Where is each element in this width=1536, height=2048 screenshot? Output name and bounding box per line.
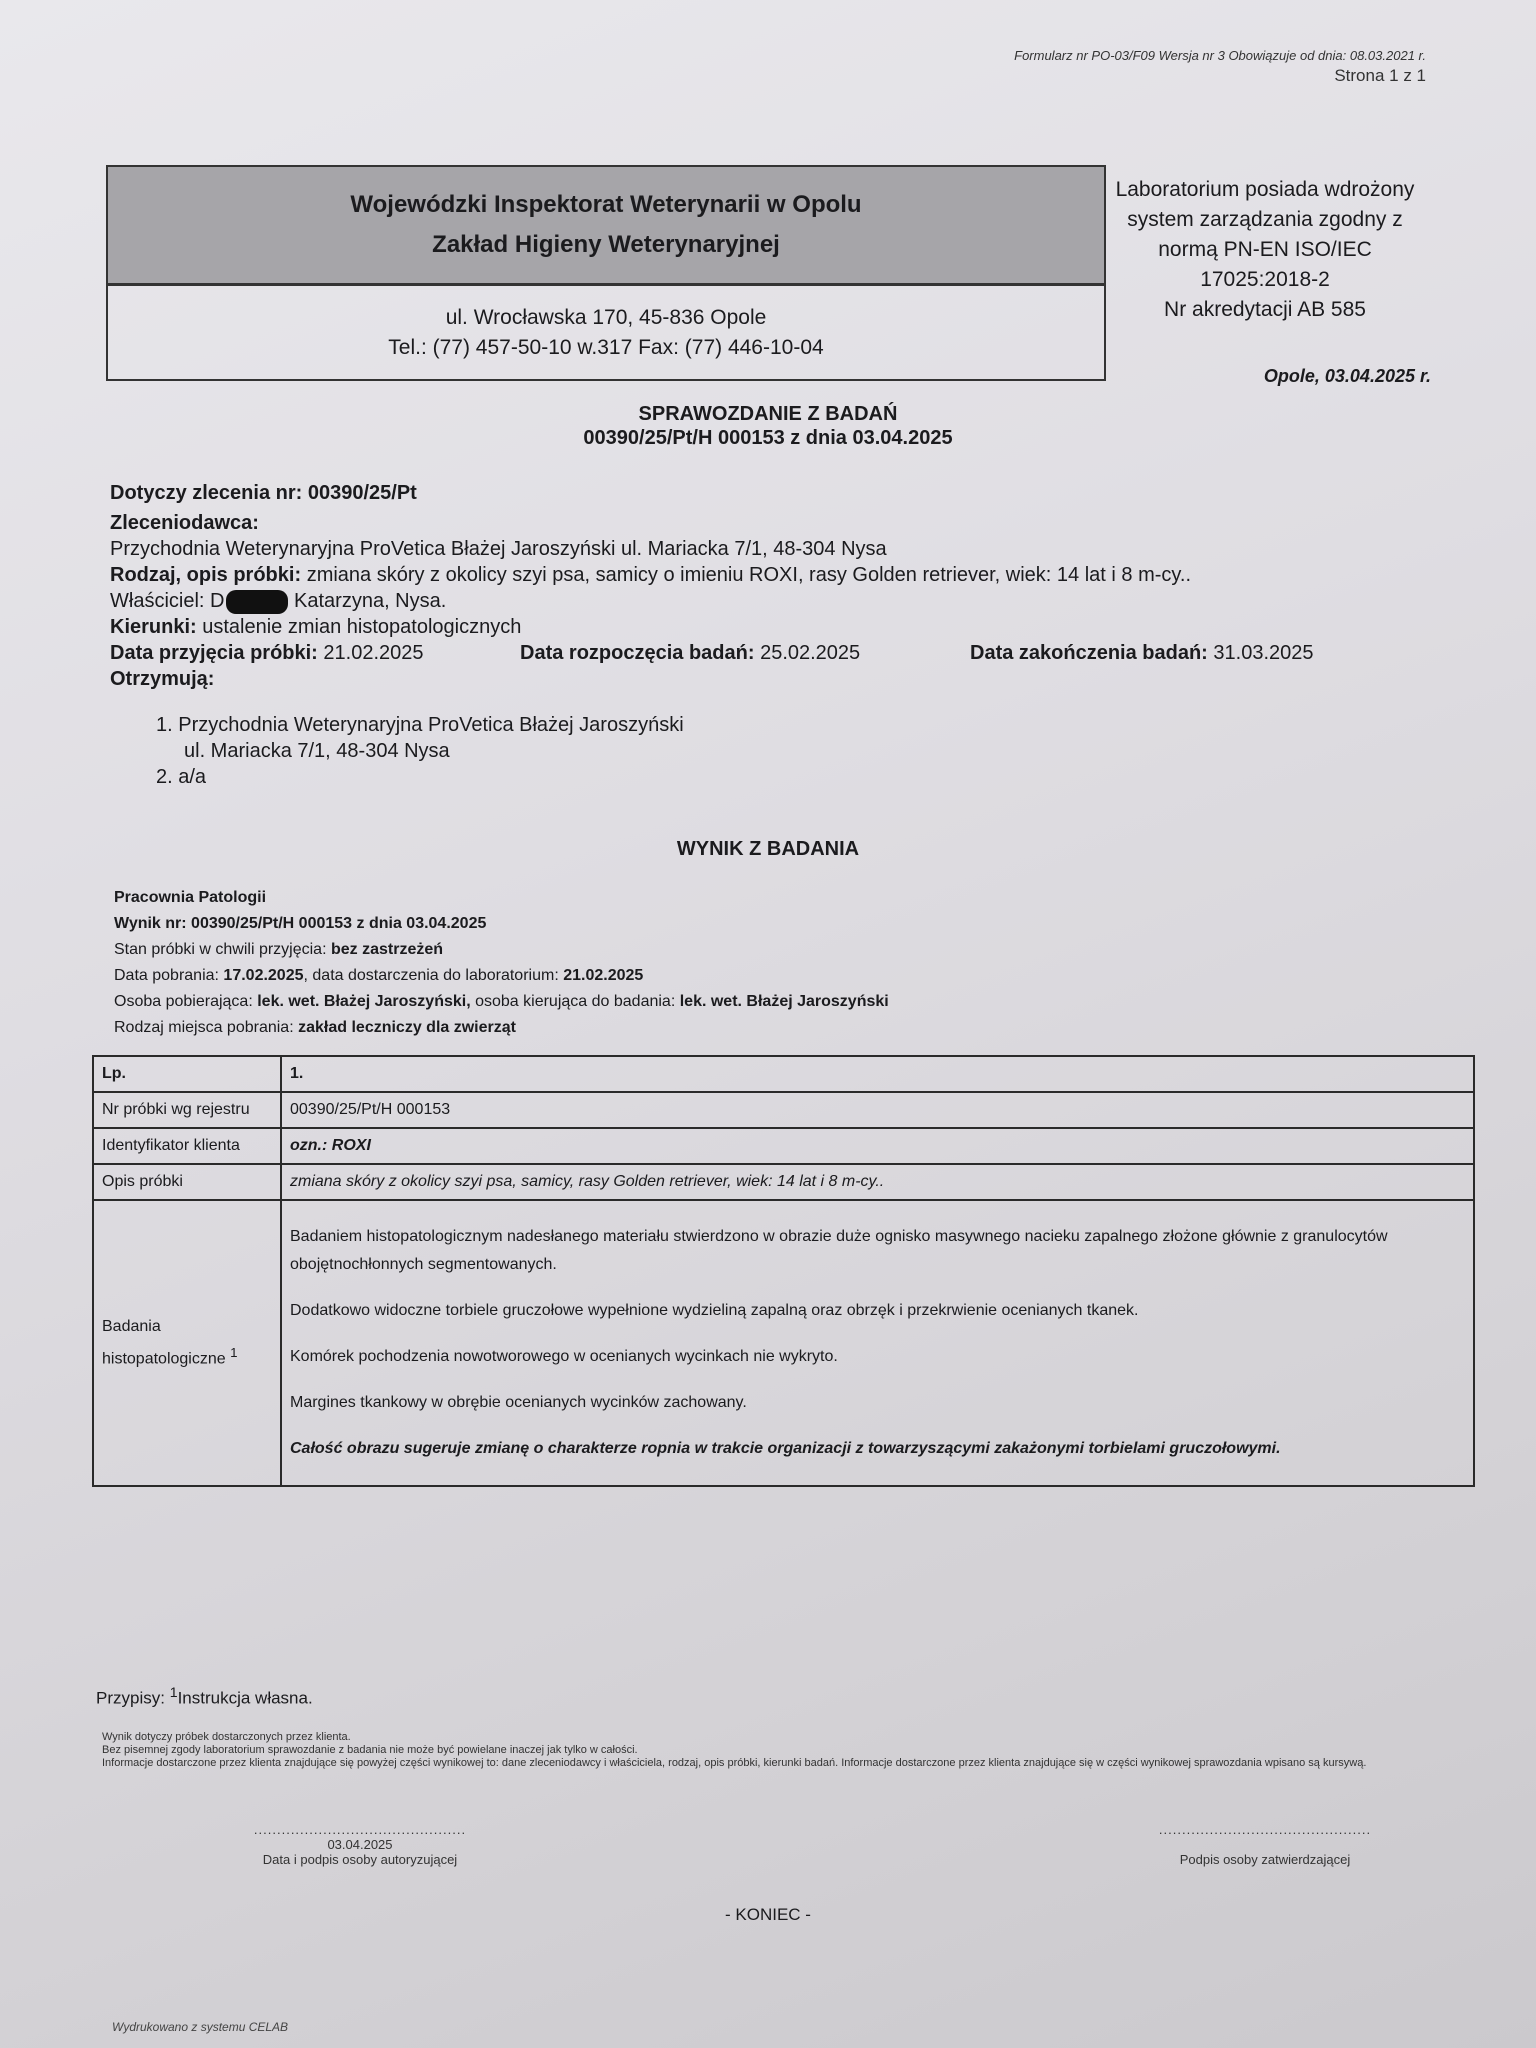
- signature-label: Podpis osoby zatwierdzającej: [1150, 1852, 1380, 1867]
- persons: Osoba pobierająca: lek. wet. Błażej Jaro…: [114, 989, 889, 1015]
- received-label: Data przyjęcia próbki:: [110, 642, 318, 664]
- address: ul. Wrocławska 170, 45-836 Opole: [446, 303, 767, 333]
- footnote-label: Przypisy:: [96, 1689, 165, 1708]
- sample-desc: Rodzaj, opis próbki: zmiana skóry z okol…: [110, 562, 1314, 588]
- recipient-item: 1. Przychodnia Weterynaryjna ProVetica B…: [156, 712, 1314, 738]
- histopathology-findings: Badaniem histopatologicznym nadesłanego …: [281, 1200, 1474, 1486]
- result-number: Wynik nr: 00390/25/Pt/H 000153 z dnia 03…: [114, 911, 889, 937]
- footnote: Przypisy: 1Instrukcja własna.: [96, 1685, 313, 1709]
- delivered-label: , data dostarczenia do laboratorium:: [304, 967, 559, 984]
- table-row: Identyfikator klientaozn.: ROXI: [93, 1128, 1474, 1164]
- histo-label: Badania histopatologiczne: [102, 1318, 226, 1367]
- results-table: Lp.1. Nr próbki wg rejestru00390/25/Pt/H…: [92, 1055, 1475, 1487]
- row-key: Lp.: [93, 1056, 281, 1092]
- accreditation-line: 17025:2018-2: [1095, 265, 1435, 295]
- sample-state: Stan próbki w chwili przyjęcia: bez zast…: [114, 937, 889, 963]
- institution-contact: ul. Wrocławska 170, 45-836 Opole Tel.: (…: [108, 286, 1104, 379]
- client-value: Przychodnia Weterynaryjna ProVetica Błaż…: [110, 536, 1314, 562]
- recipient-item: 2. a/a: [156, 764, 1314, 790]
- start-label: Data rozpoczęcia badań:: [520, 642, 755, 664]
- phone: Tel.: (77) 457-50-10 w.317 Fax: (77) 446…: [388, 333, 823, 363]
- row-key: Badania histopatologiczne 1: [93, 1200, 281, 1486]
- referrer-value: lek. wet. Błażej Jaroszyński: [680, 993, 889, 1010]
- end-mark: - KONIEC -: [0, 1905, 1536, 1925]
- row-key: Identyfikator klienta: [93, 1128, 281, 1164]
- referrer-label: osoba kierująca do badania:: [475, 993, 675, 1010]
- fine-print-line: Bez pisemnej zgody laboratorium sprawozd…: [102, 1744, 1462, 1757]
- accreditation-note: Laboratorium posiada wdrożony system zar…: [1095, 175, 1435, 325]
- table-row: Opis próbkizmiana skóry z okolicy szyi p…: [93, 1164, 1474, 1200]
- institution-name-block: Wojewódzki Inspektorat Weterynarii w Opo…: [108, 167, 1104, 286]
- direction: Kierunki: ustalenie zmian histopatologic…: [110, 614, 1314, 640]
- signature-date: 03.04.2025: [245, 1837, 475, 1852]
- state-label: Stan próbki w chwili przyjęcia:: [114, 941, 327, 958]
- finding-paragraph: Margines tkankowy w obrębie ocenianych w…: [290, 1389, 1465, 1417]
- collector-value: lek. wet. Błażej Jaroszyński,: [257, 993, 470, 1010]
- row-value: 00390/25/Pt/H 000153: [281, 1092, 1474, 1128]
- signature-approving: ........................................…: [1150, 1822, 1380, 1867]
- row-value: ozn.: ROXI: [281, 1128, 1474, 1164]
- start-value: 25.02.2025: [760, 642, 860, 664]
- signature-label: Data i podpis osoby autoryzującej: [245, 1852, 475, 1867]
- owner: Właściciel: D Katarzyna, Nysa.: [110, 588, 1314, 614]
- sample-value: zmiana skóry z okolicy szyi psa, samicy …: [307, 564, 1191, 586]
- footnote-ref: 1: [230, 1345, 237, 1360]
- printed-by: Wydrukowano z systemu CELAB: [112, 2020, 288, 2034]
- accreditation-line: system zarządzania zgodny z: [1095, 205, 1435, 235]
- finding-paragraph: Badaniem histopatologicznym nadesłanego …: [290, 1223, 1465, 1279]
- report-number: 00390/25/Pt/H 000153 z dnia 03.04.2025: [0, 426, 1536, 450]
- order-number: Dotyczy zlecenia nr: 00390/25/Pt: [110, 480, 1314, 506]
- collection-dates: Data pobrania: 17.02.2025, data dostarcz…: [114, 963, 889, 989]
- fine-print: Wynik dotyczy próbek dostarczonych przez…: [102, 1731, 1462, 1770]
- form-meta: Formularz nr PO-03/F09 Wersja nr 3 Obowi…: [1014, 48, 1426, 63]
- row-key: Opis próbki: [93, 1164, 281, 1200]
- place-value: zakład leczniczy dla zwierząt: [298, 1019, 516, 1036]
- signature-line: ........................................…: [245, 1822, 475, 1837]
- report-title-text: SPRAWOZDANIE Z BADAŃ: [0, 402, 1536, 426]
- institution-header: Wojewódzki Inspektorat Weterynarii w Opo…: [106, 165, 1106, 381]
- table-row: Nr próbki wg rejestru00390/25/Pt/H 00015…: [93, 1092, 1474, 1128]
- row-value: 1.: [281, 1056, 1474, 1092]
- institution-name: Wojewódzki Inspektorat Weterynarii w Opo…: [350, 185, 861, 225]
- collected-label: Data pobrania:: [114, 967, 219, 984]
- dates-row: Data przyjęcia próbki: 21.02.2025 Data r…: [110, 640, 1314, 666]
- accreditation-line: Laboratorium posiada wdrożony: [1095, 175, 1435, 205]
- city-date: Opole, 03.04.2025 r.: [1264, 366, 1431, 387]
- collected-value: 17.02.2025: [223, 967, 303, 984]
- conclusion: Całość obrazu sugeruje zmianę o charakte…: [290, 1435, 1465, 1463]
- finding-paragraph: Dodatkowo widoczne torbiele gruczołowe w…: [290, 1297, 1465, 1325]
- footnote-text: Instrukcja własna.: [178, 1689, 313, 1708]
- collector-label: Osoba pobierająca:: [114, 993, 253, 1010]
- direction-value: ustalenie zmian histopatologicznych: [202, 616, 521, 638]
- state-value: bez zastrzeżeń: [331, 941, 443, 958]
- row-key: Nr próbki wg rejestru: [93, 1092, 281, 1128]
- sample-label: Rodzaj, opis próbki:: [110, 564, 301, 586]
- recipients-label: Otrzymują:: [110, 666, 1314, 692]
- lab-name: Pracownia Patologii: [114, 885, 889, 911]
- accreditation-line: normą PN-EN ISO/IEC: [1095, 235, 1435, 265]
- report-title: SPRAWOZDANIE Z BADAŃ 00390/25/Pt/H 00015…: [0, 402, 1536, 450]
- end-label: Data zakończenia badań:: [970, 642, 1208, 664]
- end-value: 31.03.2025: [1213, 642, 1313, 664]
- row-value: zmiana skóry z okolicy szyi psa, samicy,…: [281, 1164, 1474, 1200]
- order-info: Dotyczy zlecenia nr: 00390/25/Pt Zleceni…: [110, 480, 1314, 790]
- owner-value: Katarzyna, Nysa.: [294, 590, 446, 612]
- recipients-list: 1. Przychodnia Weterynaryjna ProVetica B…: [156, 712, 1314, 790]
- signature-authorizing: ........................................…: [245, 1822, 475, 1867]
- page-number: Strona 1 z 1: [1334, 66, 1426, 86]
- department-name: Zakład Higieny Weterynaryjnej: [432, 225, 780, 265]
- received-value: 21.02.2025: [323, 642, 423, 664]
- fine-print-line: Informacje dostarczone przez klienta zna…: [102, 1757, 1462, 1770]
- order-value: 00390/25/Pt: [308, 482, 417, 504]
- fine-print-line: Wynik dotyczy próbek dostarczonych przez…: [102, 1731, 1462, 1744]
- result-heading: WYNIK Z BADANIA: [0, 838, 1536, 861]
- table-row: Lp.1.: [93, 1056, 1474, 1092]
- footnote-sup: 1: [170, 1685, 178, 1701]
- collection-place: Rodzaj miejsca pobrania: zakład lecznicz…: [114, 1015, 889, 1041]
- redaction-mark: [226, 590, 288, 614]
- client-label: Zleceniodawca:: [110, 510, 1314, 536]
- order-label: Dotyczy zlecenia nr:: [110, 482, 302, 504]
- owner-label: Właściciel: D: [110, 590, 224, 612]
- direction-label: Kierunki:: [110, 616, 197, 638]
- signature-line: ........................................…: [1150, 1822, 1380, 1837]
- histopathology-row: Badania histopatologiczne 1 Badaniem his…: [93, 1200, 1474, 1486]
- finding-paragraph: Komórek pochodzenia nowotworowego w ocen…: [290, 1343, 1465, 1371]
- place-label: Rodzaj miejsca pobrania:: [114, 1019, 294, 1036]
- delivered-value: 21.02.2025: [563, 967, 643, 984]
- accreditation-number: Nr akredytacji AB 585: [1095, 295, 1435, 325]
- lab-info: Pracownia Patologii Wynik nr: 00390/25/P…: [114, 885, 889, 1041]
- recipient-address: ul. Mariacka 7/1, 48-304 Nysa: [184, 738, 1314, 764]
